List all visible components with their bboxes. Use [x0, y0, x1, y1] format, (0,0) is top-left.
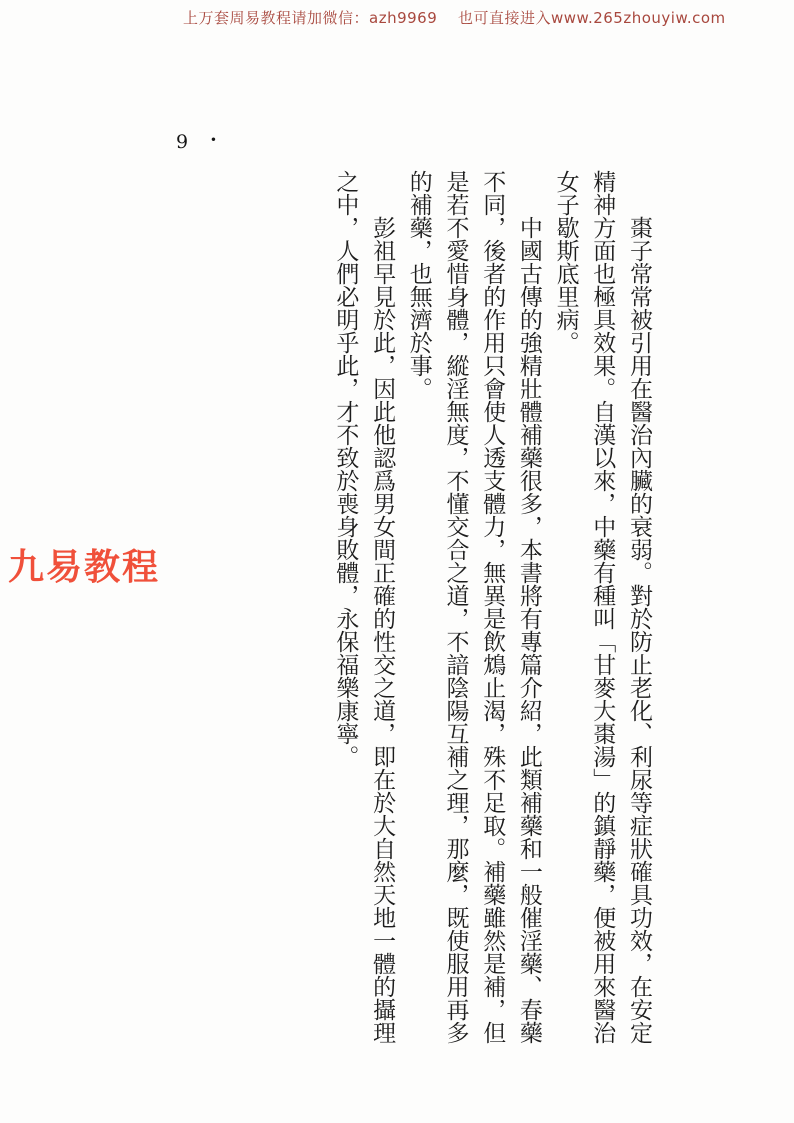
- header-promo-text: 上万套周易教程请加微信：azh9969 也可直接进入www.265zhouyiw…: [183, 7, 683, 28]
- paragraph-tonics: 中國古傳的強精壯體補藥很多，本書將有專篇介紹，此類補藥和一般催淫藥、春藥不同，後…: [400, 170, 547, 1044]
- paragraph-pengzu: 彭祖早見於此，因此他認爲男女間正確的性交之道，即在於大自然天地一體的攝理之中，人…: [327, 170, 400, 1044]
- brand-watermark: 九易教程: [8, 539, 160, 590]
- scanned-book-page: 上万套周易教程请加微信：azh9969 也可直接进入www.265zhouyiw…: [0, 0, 794, 1123]
- paragraph-jujube-medicine: 棗子常常被引用在醫治內臟的衰弱。對於防止老化、利尿等症狀確具功效，在安定精神方面…: [547, 170, 657, 1044]
- body-text-block: 棗子常常被引用在醫治內臟的衰弱。對於防止老化、利尿等症狀確具功效，在安定精神方面…: [327, 170, 657, 1044]
- page-number: 9 ·: [176, 131, 217, 153]
- page-number-value: 9: [176, 131, 188, 153]
- page-number-dot: ·: [210, 129, 217, 151]
